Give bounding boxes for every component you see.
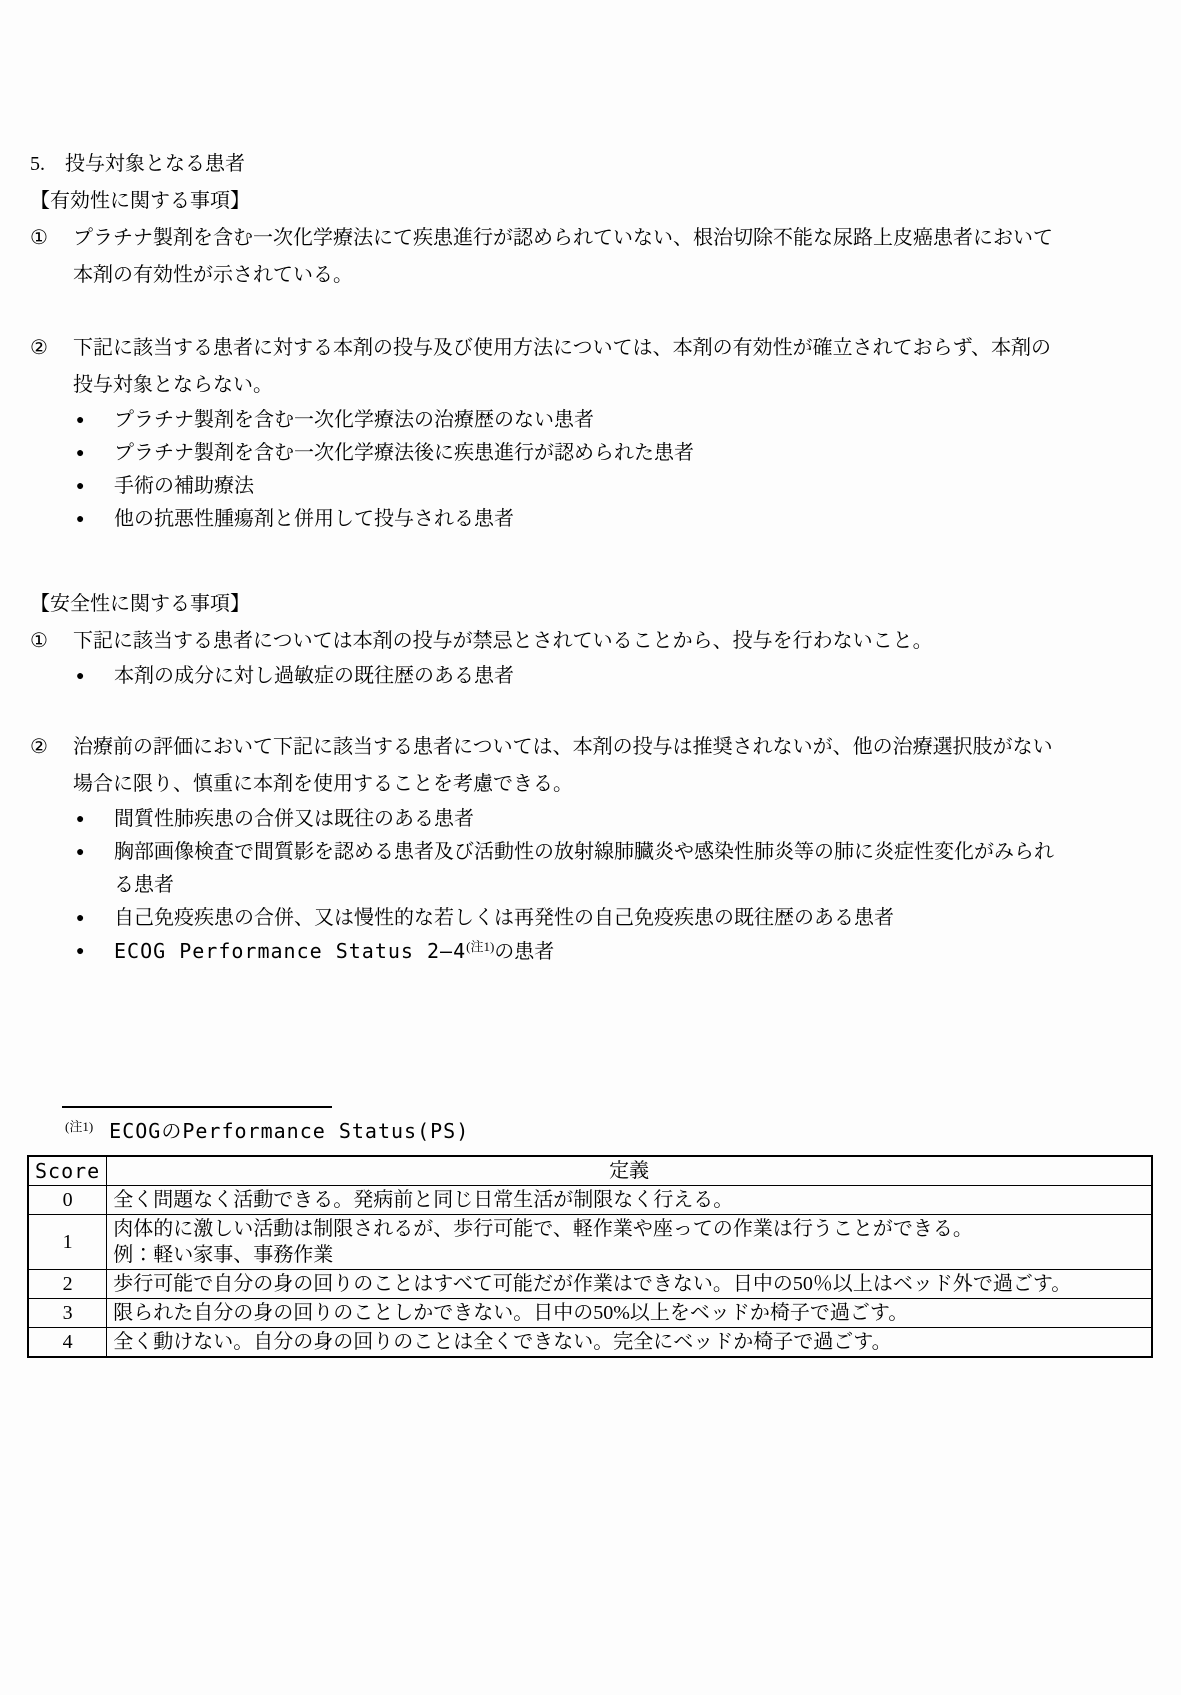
safety-item-1-bullet-list: ● 本剤の成分に対し過敏症の既往歴のある患者	[73, 660, 1066, 693]
footnote-title: (注1)ECOGのPerformance Status(PS)	[65, 1117, 1153, 1148]
safety-section-title: 【安全性に関する事項】	[30, 586, 1066, 623]
bullet-icon: ●	[73, 836, 114, 902]
definition-cell: 全く問題なく活動できる。発病前と同じ日常生活が制限なく行える。	[107, 1186, 1152, 1215]
table-row: 0 全く問題なく活動できる。発病前と同じ日常生活が制限なく行える。	[28, 1186, 1152, 1215]
bullet-item: ● プラチナ製剤を含む一次化学療法後に疾患進行が認められた患者	[73, 437, 1066, 470]
efficacy-item-2-text: 下記に該当する患者に対する本剤の投与及び使用方法については、本剤の有効性が確立さ…	[73, 330, 1066, 404]
circled-number-1: ①	[30, 220, 73, 294]
bullet-item: ● 本剤の成分に対し過敏症の既往歴のある患者	[73, 660, 1066, 693]
bullet-icon: ●	[73, 902, 114, 935]
safety-item-2-text: 治療前の評価において下記に該当する患者については、本剤の投与は推奨されないが、他…	[73, 729, 1066, 803]
document-body: 5. 投与対象となる患者 【有効性に関する事項】 ① プラチナ製剤を含む一次化学…	[30, 146, 1066, 970]
table-row: 2 歩行可能で自分の身の回りのことはすべて可能だが作業はできない。日中の50％以…	[28, 1270, 1152, 1299]
circled-number-1: ①	[30, 623, 73, 693]
bullet-item: ● 自己免疫疾患の合併、又は慢性的な若しくは再発性の自己免疫疾患の既往歴のある患…	[73, 902, 1066, 935]
score-cell: 1	[28, 1215, 107, 1270]
score-cell: 4	[28, 1328, 107, 1358]
bullet-icon: ●	[73, 470, 114, 503]
bullet-icon: ●	[73, 660, 114, 693]
bullet-item: ● 胸部画像検査で間質影を認める患者及び活動性の放射線肺臓炎や感染性肺炎等の肺に…	[73, 836, 1066, 902]
table-row: 3 限られた自分の身の回りのことしかできない。日中の50%以上をベッドか椅子で過…	[28, 1299, 1152, 1328]
bullet-icon: ●	[73, 404, 114, 437]
efficacy-item-2-bullet-list: ● プラチナ製剤を含む一次化学療法の治療歴のない患者 ● プラチナ製剤を含む一次…	[73, 404, 1066, 536]
safety-item-2-bullet-list: ● 間質性肺疾患の合併又は既往のある患者 ● 胸部画像検査で間質影を認める患者及…	[73, 803, 1066, 970]
efficacy-item-2: ② 下記に該当する患者に対する本剤の投与及び使用方法については、本剤の有効性が確…	[30, 330, 1066, 536]
table-header-row: Score 定義	[28, 1156, 1152, 1186]
footnote-separator-line	[62, 1106, 332, 1108]
bullet-item-ecog: ● ECOG Performance Status 2—4(注1)の患者	[73, 935, 1066, 970]
column-header-score: Score	[28, 1156, 107, 1186]
bullet-item: ● 間質性肺疾患の合併又は既往のある患者	[73, 803, 1066, 836]
bullet-icon: ●	[73, 803, 114, 836]
definition-cell: 肉体的に激しい活動は制限されるが、歩行可能で、軽作業や座っての作業は行うことがで…	[107, 1215, 1152, 1270]
footnote-reference: (注1)	[466, 939, 494, 954]
document-page: 5. 投与対象となる患者 【有効性に関する事項】 ① プラチナ製剤を含む一次化学…	[0, 0, 1181, 1695]
bullet-icon: ●	[73, 503, 114, 536]
bullet-icon: ●	[73, 935, 114, 970]
circled-number-2: ②	[30, 330, 73, 536]
bullet-item: ● 他の抗悪性腫瘍剤と併用して投与される患者	[73, 503, 1066, 536]
table-row: 1 肉体的に激しい活動は制限されるが、歩行可能で、軽作業や座っての作業は行うこと…	[28, 1215, 1152, 1270]
bullet-item: ● 手術の補助療法	[73, 470, 1066, 503]
efficacy-item-1-text: プラチナ製剤を含む一次化学療法にて疾患進行が認められていない、根治切除不能な尿路…	[73, 220, 1066, 294]
column-header-definition: 定義	[107, 1156, 1152, 1186]
safety-item-1-text: 下記に該当する患者については本剤の投与が禁忌とされていることから、投与を行わない…	[73, 623, 1066, 660]
safety-item-2: ② 治療前の評価において下記に該当する患者については、本剤の投与は推奨されないが…	[30, 729, 1066, 970]
footnote-marker: (注1)	[65, 1119, 93, 1134]
definition-cell: 限られた自分の身の回りのことしかできない。日中の50%以上をベッドか椅子で過ごす…	[107, 1299, 1152, 1328]
page-title: 5. 投与対象となる患者	[30, 146, 1066, 183]
definition-cell: 全く動けない。自分の身の回りのことは全くできない。完全にベッドか椅子で過ごす。	[107, 1328, 1152, 1358]
ecog-ps-table: Score 定義 0 全く問題なく活動できる。発病前と同じ日常生活が制限なく行え…	[27, 1155, 1153, 1358]
efficacy-item-1: ① プラチナ製剤を含む一次化学療法にて疾患進行が認められていない、根治切除不能な…	[30, 220, 1066, 294]
bullet-icon: ●	[73, 437, 114, 470]
table-row: 4 全く動けない。自分の身の回りのことは全くできない。完全にベッドか椅子で過ごす…	[28, 1328, 1152, 1358]
safety-item-1: ① 下記に該当する患者については本剤の投与が禁忌とされていることから、投与を行わ…	[30, 623, 1066, 693]
efficacy-section-title: 【有効性に関する事項】	[30, 183, 1066, 220]
score-cell: 2	[28, 1270, 107, 1299]
score-cell: 0	[28, 1186, 107, 1215]
definition-cell: 歩行可能で自分の身の回りのことはすべて可能だが作業はできない。日中の50％以上は…	[107, 1270, 1152, 1299]
circled-number-2: ②	[30, 729, 73, 970]
ecog-status-text: ECOG Performance Status 2—4(注1)の患者	[114, 935, 1066, 970]
bullet-item: ● プラチナ製剤を含む一次化学療法の治療歴のない患者	[73, 404, 1066, 437]
footnote-block: (注1)ECOGのPerformance Status(PS) Score 定義…	[27, 1106, 1153, 1358]
score-cell: 3	[28, 1299, 107, 1328]
